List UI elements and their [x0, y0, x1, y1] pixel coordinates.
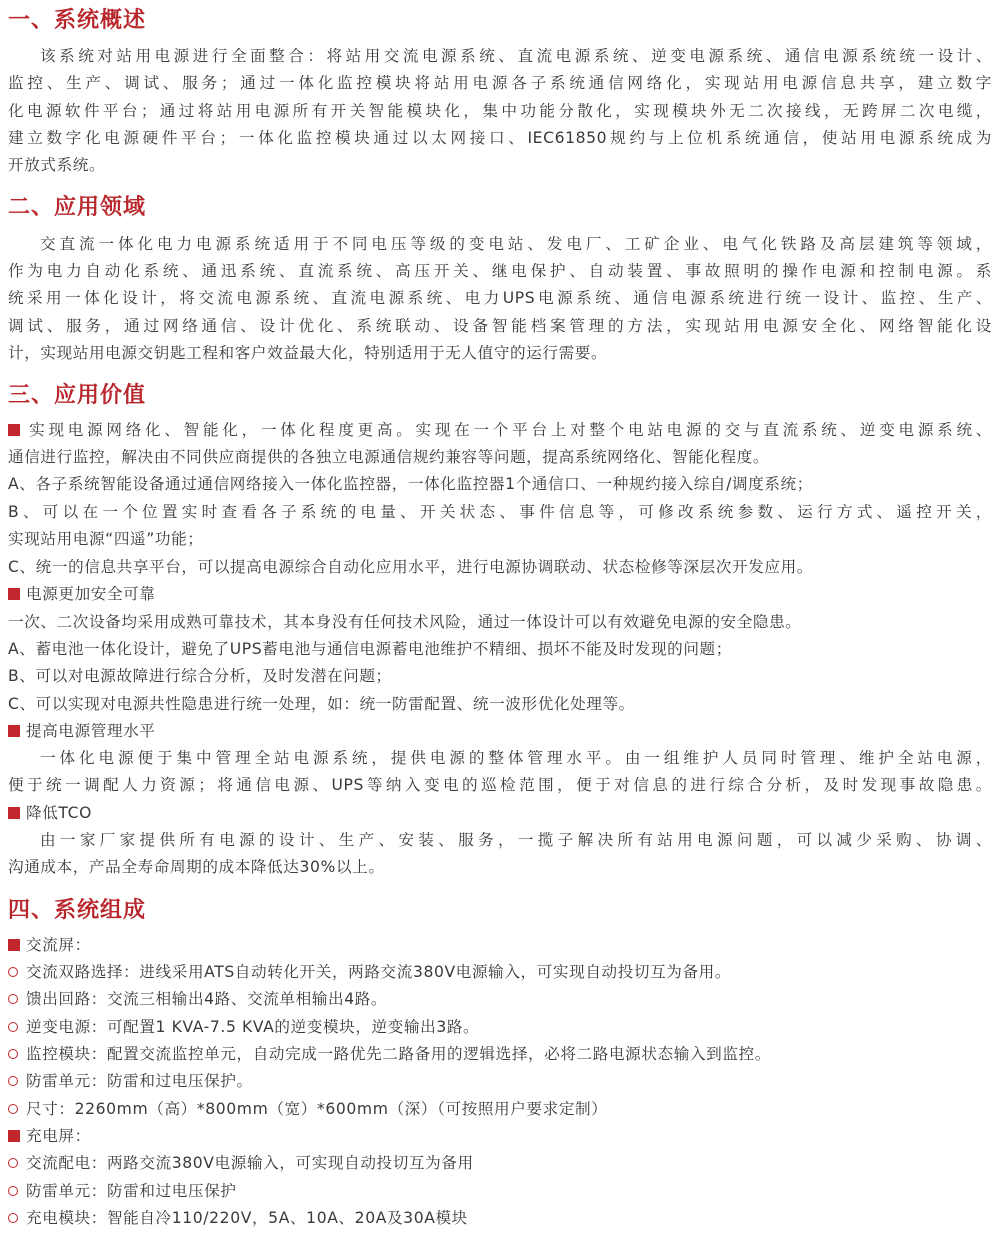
paragraph-line: 开放式系统。: [8, 154, 992, 176]
bullet-title: 提高电源管理水平: [8, 720, 992, 742]
paragraph-line: 建立数字化电源硬件平台；一体化监控模块通过以太网接口、IEC61850规约与上位…: [8, 127, 992, 149]
list-item: 尺寸：2260mm（高）*800mm（宽）*600mm（深）（可按照用户要求定制…: [8, 1098, 992, 1120]
circle-bullet-icon: [8, 1158, 18, 1168]
section-heading-composition: 四、系统组成: [8, 898, 146, 924]
paragraph-line: 调试、服务，通过网络通信、设计优化、系统联动、设备智能档案管理的方法，实现站用电…: [8, 315, 992, 337]
section-heading-overview: 一、系统概述: [8, 8, 146, 34]
paragraph-line: 沟通成本，产品全寿命周期的成本降低达30%以上。: [8, 856, 992, 878]
section-heading-value: 三、应用价值: [8, 383, 146, 409]
paragraph-line: 交直流一体化电力电源系统适用于不同电压等级的变电站、发电厂、工矿企业、电气化铁路…: [40, 233, 992, 255]
section-heading-applications: 二、应用领域: [8, 195, 146, 221]
paragraph-line: 计，实现站用电源交钥匙工程和客户效益最大化，特别适用于无人值守的运行需要。: [8, 342, 992, 364]
list-item: 监控模块：配置交流监控单元，自动完成一路优先二路备用的逻辑选择，必将二路电源状态…: [8, 1043, 992, 1065]
list-item: 充电模块：智能自冷110/220V，5A、10A、20A及30A模块: [8, 1207, 992, 1229]
group-title: 充电屏：: [8, 1125, 992, 1147]
paragraph-line: 实现站用电源“四遥”功能；: [8, 528, 992, 550]
square-bullet-icon: [8, 939, 20, 951]
list-item: 逆变电源：可配置1 KVA-7.5 KVA的逆变模块，逆变输出3路。: [8, 1016, 992, 1038]
list-item: 防雷单元：防雷和过电压保护。: [8, 1070, 992, 1092]
circle-bullet-icon: [8, 967, 18, 977]
paragraph-line: A、蓄电池一体化设计，避免了UPS蓄电池与通信电源蓄电池维护不精细、损坏不能及时…: [8, 638, 992, 660]
paragraph-line: 化电源软件平台；通过将站用电源所有开关智能模块化，集中功能分散化，实现模块外无二…: [8, 100, 992, 122]
paragraph-line: B、可以在一个位置实时查看各子系统的电量、开关状态、事件信息等，可修改系统参数、…: [8, 501, 992, 523]
paragraph-line: 统采用一体化设计，将交流电源系统、直流电源系统、电力UPS电源系统、通信电源系统…: [8, 287, 992, 309]
circle-bullet-icon: [8, 1213, 18, 1223]
paragraph-line: 便于统一调配人力资源；将通信电源、UPS等纳入变电的巡检范围，便于对信息的进行综…: [8, 774, 992, 796]
paragraph-line: C、统一的信息共享平台，可以提高电源综合自动化应用水平，进行电源协调联动、状态检…: [8, 556, 992, 578]
paragraph-line: 由一家厂家提供所有电源的设计、生产、安装、服务，一揽子解决所有站用电源问题，可以…: [40, 829, 992, 851]
paragraph-line: B、可以对电源故障进行综合分析，及时发潜在问题；: [8, 665, 992, 687]
paragraph-line: 一次、二次设备均采用成熟可靠技术，其本身没有任何技术风险，通过一体设计可以有效避…: [8, 611, 992, 633]
bullet-title: 电源更加安全可靠: [8, 583, 992, 605]
square-bullet-icon: [8, 424, 20, 436]
square-bullet-icon: [8, 1130, 20, 1142]
paragraph-line: A、各子系统智能设备通过通信网络接入一体化监控器，一体化监控器1个通信口、一种规…: [8, 473, 992, 495]
list-item: 防雷单元：防雷和过电压保护: [8, 1180, 992, 1202]
paragraph-line: 通信进行监控，解决由不同供应商提供的各独立电源通信规约兼容等问题，提高系统网络化…: [8, 446, 992, 468]
square-bullet-icon: [8, 807, 20, 819]
circle-bullet-icon: [8, 1186, 18, 1196]
square-bullet-icon: [8, 725, 20, 737]
circle-bullet-icon: [8, 1049, 18, 1059]
group-title: 交流屏：: [8, 934, 992, 956]
circle-bullet-icon: [8, 1104, 18, 1114]
circle-bullet-icon: [8, 1076, 18, 1086]
paragraph-line: C、可以实现对电源共性隐患进行统一处理，如：统一防雷配置、统一波形优化处理等。: [8, 693, 992, 715]
circle-bullet-icon: [8, 994, 18, 1004]
list-item: 馈出回路：交流三相输出4路、交流单相输出4路。: [8, 988, 992, 1010]
list-item: 交流配电：两路交流380V电源输入，可实现自动投切互为备用: [8, 1152, 992, 1174]
list-item: 交流双路选择：进线采用ATS自动转化开关，两路交流380V电源输入，可实现自动投…: [8, 961, 992, 983]
paragraph-line: 该系统对站用电源进行全面整合：将站用交流电源系统、直流电源系统、逆变电源系统、通…: [40, 45, 992, 67]
paragraph-line: 监控、生产、调试、服务；通过一体化监控模块将站用电源各子系统通信网络化，实现站用…: [8, 72, 992, 94]
paragraph-line: 一体化电源便于集中管理全站电源系统，提供电源的整体管理水平。由一组维护人员同时管…: [40, 747, 992, 769]
bullet-title: 降低TCO: [8, 802, 992, 824]
square-bullet-icon: [8, 588, 20, 600]
paragraph-line: 作为电力自动化系统、通迅系统、直流系统、高压开关、继电保护、自动装置、事故照明的…: [8, 260, 992, 282]
bullet-title: 实现电源网络化、智能化，一体化程度更高。实现在一个平台上对整个电站电源的交与直流…: [8, 419, 992, 441]
circle-bullet-icon: [8, 1022, 18, 1032]
